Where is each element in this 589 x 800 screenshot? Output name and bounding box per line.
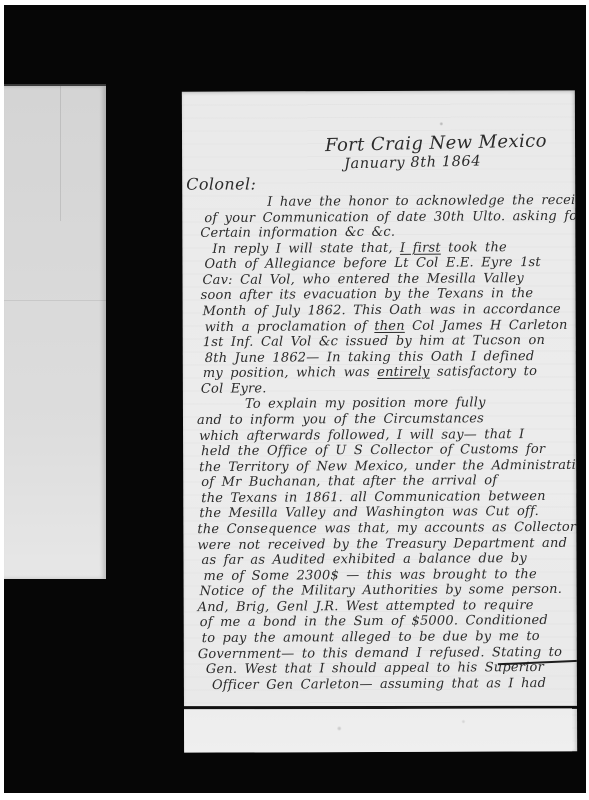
manuscript-line: which afterwards followed, I will say— t… [199,427,524,444]
manuscript-line: I have the honor to acknowledge the rece… [267,193,577,210]
manuscript-line: were not received by the Treasury Depart… [197,535,567,552]
letter-body: I have the honor to acknowledge the rece… [182,90,577,752]
manuscript-line: Col Eyre. [201,381,267,396]
manuscript-line: held the Office of U S Collector of Cust… [201,442,545,459]
manuscript-line: soon after its evacuation by the Texans … [201,286,534,303]
manuscript-line: To explain my position more fully [245,396,486,412]
manuscript-line: Month of July 1862. This Oath was in acc… [203,302,561,319]
manuscript-line: Certain information &c &c. [200,225,395,241]
scan-background: Fort Craig New Mexico January 8th 1864 C… [4,5,586,793]
manuscript-line: and to inform you of the Circumstances [197,411,484,428]
manuscript-line: of me a bond in the Sum of $5000. Condit… [200,613,548,630]
letter-page: Fort Craig New Mexico January 8th 1864 C… [182,90,577,752]
manuscript-line: of Mr Buchanan, that after the arrival o… [201,473,497,490]
manuscript-line: In reply I will state that, I first took… [212,240,507,257]
manuscript-line: Oath of Allegiance before Lt Col E.E. Ey… [204,255,540,272]
crease-line [60,86,61,221]
manuscript-line: 8th June 1862— In taking this Oath I def… [205,349,535,366]
manuscript-line: Gen. West that I should appeal to his Su… [206,660,544,677]
scan-photo: { "letter": { "heading": { "place_line":… [0,0,589,800]
manuscript-line: my position, which was entirely satisfac… [203,364,537,381]
manuscript-line: the Territory of New Mexico, under the A… [199,457,577,474]
manuscript-line: Notice of the Military Authorities by so… [200,582,563,599]
manuscript-line: the Consequence was that, my accounts as… [197,520,576,537]
manuscript-line: Government— to this demand I refused. St… [198,644,562,661]
adjacent-page-edge [4,84,106,579]
manuscript-line: 1st Inf. Cal Vol &c issued by him at Tuc… [203,333,545,350]
manuscript-line: And, Brig, Genl J.R. West attempted to r… [198,598,534,615]
manuscript-line: Officer Gen Carleton— assuming that as I… [212,676,546,693]
manuscript-line: as far as Audited exhibited a balance du… [201,551,526,568]
manuscript-line: me of Some 2300$ — this was brought to t… [203,567,536,584]
manuscript-line: with a proclamation of then Col James H … [205,317,568,334]
manuscript-line: Cav: Cal Vol, who entered the Mesilla Va… [202,271,523,288]
page-bottom-blank [184,708,572,752]
crease-line [4,300,106,301]
manuscript-line: of your Communication of date 30th Ulto.… [204,208,577,225]
manuscript-line: to pay the amount alleged to be due by m… [202,629,540,646]
manuscript-line: the Mesilla Valley and Washington was Cu… [199,504,539,521]
